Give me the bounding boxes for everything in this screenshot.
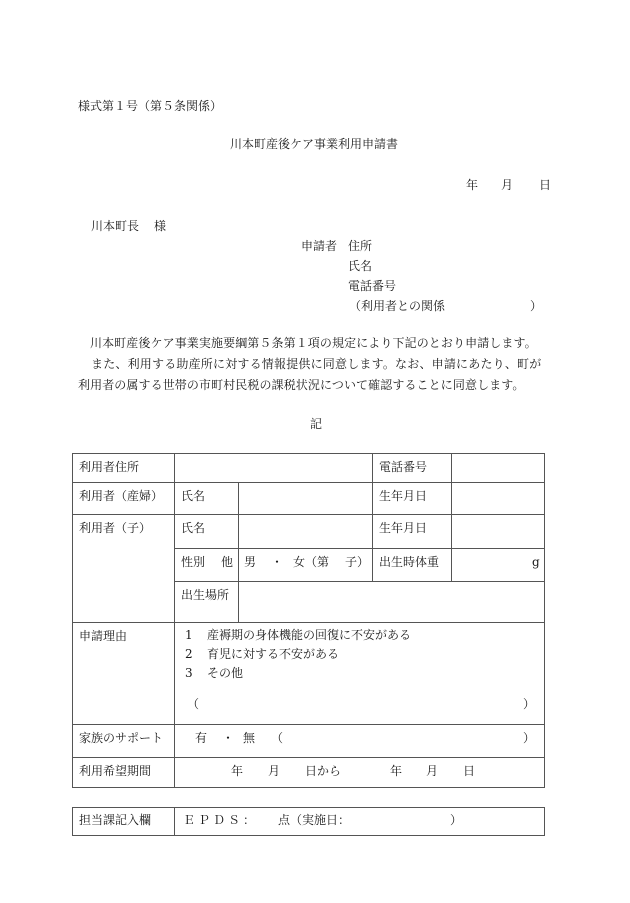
child-birth-label: 生年月日 xyxy=(379,521,427,535)
child-birth-field xyxy=(451,514,545,549)
birth-weight-label-cell: 出生時体重 xyxy=(372,548,452,582)
period-to-year: 年 xyxy=(390,764,402,778)
mother-label-cell: 利用者（産婦） xyxy=(72,482,175,515)
addressee: 川本町長 xyxy=(91,219,139,233)
reason-2-text: 育児に対する不安がある xyxy=(207,647,339,661)
user-address-label: 利用者住所 xyxy=(79,460,139,474)
addressee-suffix: 様 xyxy=(154,219,166,233)
family-support-label-cell: 家族のサポート xyxy=(72,724,175,758)
reason-label-cell: 申請理由 xyxy=(72,622,175,725)
body-line-1: 川本町産後ケア事業実施要綱第５条第１項の規定により下記のとおり申請します。 xyxy=(90,336,537,350)
reason-2-number: 2 xyxy=(185,647,193,661)
period-label: 利用希望期間 xyxy=(79,764,151,778)
applicant-name-label: 氏名 xyxy=(348,259,372,273)
mother-name-field xyxy=(238,482,373,515)
child-label: 利用者（子） xyxy=(79,521,151,535)
mother-birth-label-cell: 生年月日 xyxy=(372,482,452,515)
body-line-3: 利用者の属する世帯の市町村民税の課税状況について確認することに同意します。 xyxy=(78,378,525,392)
epds-close-paren: ） xyxy=(450,813,462,827)
birthplace-label-cell: 出生場所 xyxy=(174,581,239,623)
staff-label: 担当課記入欄 xyxy=(79,813,151,827)
epds-label: ＥＰＤＳ： xyxy=(183,813,258,827)
support-paren-close: ） xyxy=(523,731,535,745)
applicant-relation-label: （利用者との関係 xyxy=(349,299,445,313)
child-label-cell: 利用者（子） xyxy=(72,514,175,623)
child-name-label: 氏名 xyxy=(181,521,205,535)
support-separator: ・ xyxy=(222,731,234,745)
child-birth-label-cell: 生年月日 xyxy=(372,514,452,549)
child-sex-field: 男 ・ 女（第 子） xyxy=(238,548,373,582)
period-field: 年 月 日から 年 月 日 xyxy=(174,757,545,788)
reason-field: 1 産褥期の身体機能の回復に不安がある 2 育児に対する不安がある 3 その他 … xyxy=(174,622,545,725)
mother-name-label: 氏名 xyxy=(181,489,205,503)
reason-3-number: 3 xyxy=(185,666,193,680)
period-from-day: 日から xyxy=(305,764,341,778)
child-sex-label: 性別 xyxy=(181,555,205,569)
female-order-label: 女（第 xyxy=(293,555,329,569)
user-address-field xyxy=(174,453,373,483)
staff-field: ＥＰＤＳ： 点（実施日： ） xyxy=(174,807,545,836)
family-support-label: 家族のサポート xyxy=(79,731,163,745)
period-from-year: 年 xyxy=(231,764,243,778)
family-support-field: 有 ・ 無 （ ） xyxy=(174,724,545,758)
support-no-option: 無 xyxy=(243,731,255,745)
mother-name-label-cell: 氏名 xyxy=(174,482,239,515)
staff-label-cell: 担当課記入欄 xyxy=(72,807,175,836)
child-sex-label-cell: 性別 他 xyxy=(174,548,239,582)
reason-label: 申請理由 xyxy=(79,629,127,643)
child-name-field xyxy=(238,514,373,549)
sex-separator: ・ xyxy=(271,555,283,569)
period-from-month: 月 xyxy=(268,764,280,778)
reason-other-paren-open: （ xyxy=(187,697,199,711)
mother-birth-label: 生年月日 xyxy=(379,489,427,503)
reason-1-text: 産褥期の身体機能の回復に不安がある xyxy=(207,628,411,642)
weight-unit: g xyxy=(532,555,540,569)
male-option: 男 xyxy=(244,555,256,569)
birth-weight-field: g xyxy=(451,548,545,582)
date-day: 日 xyxy=(539,178,551,192)
support-paren-open: （ xyxy=(271,731,283,745)
reason-1-number: 1 xyxy=(185,628,193,642)
form-number: 様式第１号（第５条関係） xyxy=(78,99,222,113)
applicant-phone-label: 電話番号 xyxy=(348,279,396,293)
birthplace-field xyxy=(238,581,545,623)
date-year: 年 xyxy=(466,178,478,192)
period-to-month: 月 xyxy=(426,764,438,778)
reason-other-paren-close: ） xyxy=(523,697,535,711)
user-phone-label: 電話番号 xyxy=(379,460,427,474)
period-label-cell: 利用希望期間 xyxy=(72,757,175,788)
date-month: 月 xyxy=(501,178,513,192)
user-address-label-cell: 利用者住所 xyxy=(72,453,175,483)
applicant-label: 申請者 xyxy=(301,239,337,253)
support-yes-option: 有 xyxy=(195,731,207,745)
mother-label: 利用者（産婦） xyxy=(79,489,163,503)
birth-weight-label: 出生時体重 xyxy=(379,555,439,569)
user-phone-label-cell: 電話番号 xyxy=(372,453,452,483)
child-other-label: 他 xyxy=(221,555,233,569)
reason-3-text: その他 xyxy=(207,666,243,680)
period-to-day: 日 xyxy=(463,764,475,778)
epds-points-label: 点（実施日： xyxy=(278,813,350,827)
user-phone-field xyxy=(451,453,545,483)
birthplace-label: 出生場所 xyxy=(181,588,229,602)
child-name-label-cell: 氏名 xyxy=(174,514,239,549)
body-line-2: また、利用する助産所に対する情報提供に同意します。なお、申請にあたり、町が xyxy=(91,357,541,371)
child-order-suffix: 子） xyxy=(345,555,369,569)
ki-heading: 記 xyxy=(310,417,322,431)
applicant-address-label: 住所 xyxy=(348,239,372,253)
applicant-relation-close: ） xyxy=(530,299,542,313)
document-title: 川本町産後ケア事業利用申請書 xyxy=(230,137,398,151)
mother-birth-field xyxy=(451,482,545,515)
